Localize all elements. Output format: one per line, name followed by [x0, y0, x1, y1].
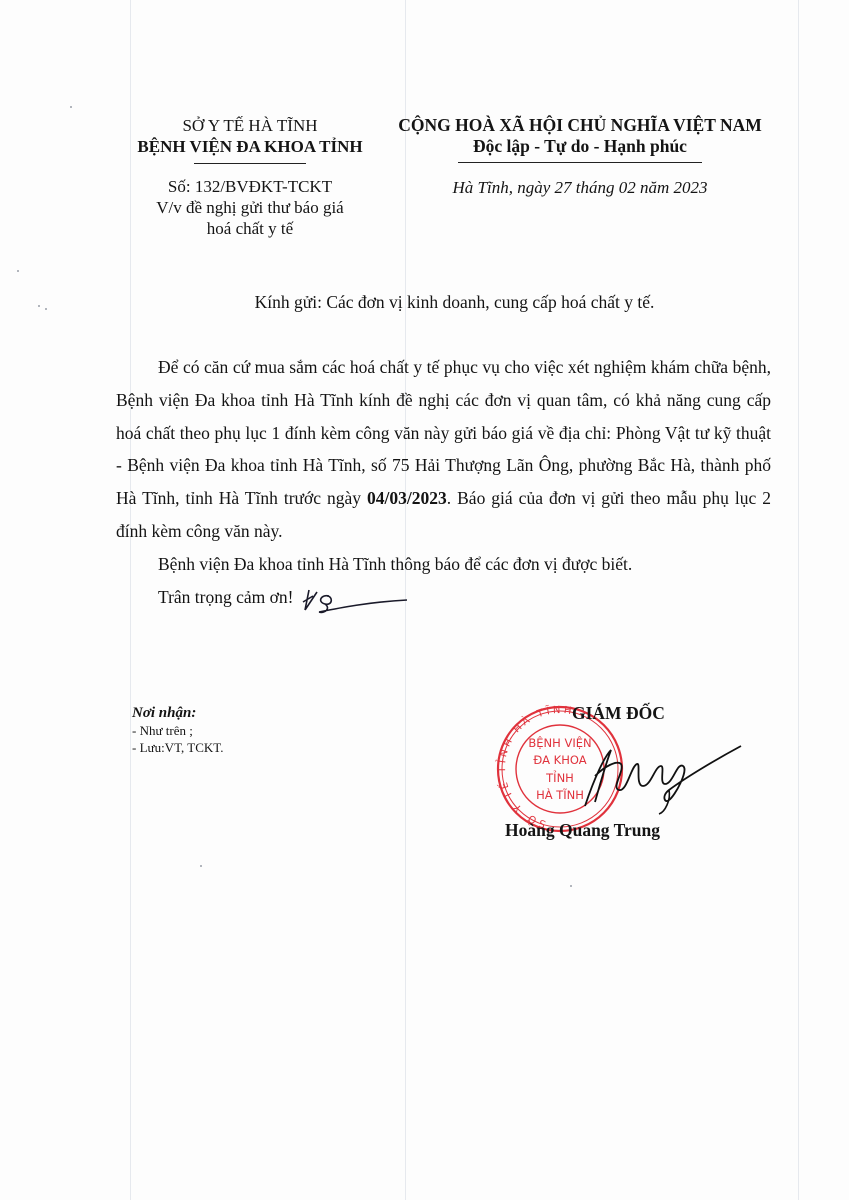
- signer-name: Hoàng Quang Trung: [505, 820, 660, 841]
- divider: [194, 163, 306, 164]
- signature-block: SỞ Y TẾ TỈNH HÀ TĨNH BỆNH VIỆN ĐA KHOA T…: [480, 703, 750, 853]
- place-date: Hà Tĩnh, ngày 27 tháng 02 năm 2023: [380, 177, 780, 198]
- handwritten-signature-icon: [565, 736, 745, 816]
- body-paragraph: Để có căn cứ mua sắm các hoá chất y tế p…: [116, 351, 771, 548]
- parent-agency: SỞ Y TẾ HÀ TĨNH: [100, 115, 400, 136]
- salutation: Kính gửi: Các đơn vị kinh doanh, cung cấ…: [0, 292, 849, 313]
- recipients-title: Nơi nhận:: [132, 704, 372, 722]
- national-motto: Độc lập - Tự do - Hạnh phúc: [380, 136, 780, 157]
- scan-line: [798, 0, 799, 1200]
- signer-title: GIÁM ĐỐC: [572, 703, 665, 724]
- recipients-block: Nơi nhận: - Như trên ; - Lưu:VT, TCKT.: [132, 704, 372, 756]
- subject-line: hoá chất y tế: [100, 218, 400, 239]
- issuing-agency-block: SỞ Y TẾ HÀ TĨNH BỆNH VIỆN ĐA KHOA TỈNH S…: [100, 115, 400, 239]
- divider: [458, 162, 702, 163]
- closing-line: Trân trọng cảm ơn!: [116, 581, 771, 614]
- paragraph-text: Để có căn cứ mua sắm các hoá chất y tế p…: [116, 357, 771, 508]
- scan-speck: [200, 865, 202, 867]
- initials-mark-icon: [299, 584, 411, 614]
- closing-text: Trân trọng cảm ơn!: [158, 587, 293, 607]
- document-number: Số: 132/BVĐKT-TCKT: [100, 176, 400, 197]
- letter-body: Để có căn cứ mua sắm các hoá chất y tế p…: [116, 351, 771, 614]
- national-title: CỘNG HOÀ XÃ HỘI CHỦ NGHĨA VIỆT NAM: [380, 115, 780, 136]
- scan-speck: [70, 106, 72, 108]
- body-paragraph: Bệnh viện Đa khoa tỉnh Hà Tĩnh thông báo…: [116, 548, 771, 581]
- recipient-item: - Như trên ;: [132, 722, 372, 739]
- scan-speck: [570, 885, 572, 887]
- agency-name: BỆNH VIỆN ĐA KHOA TỈNH: [100, 136, 400, 157]
- deadline-date: 04/03/2023: [367, 488, 447, 508]
- national-header-block: CỘNG HOÀ XÃ HỘI CHỦ NGHĨA VIỆT NAM Độc l…: [380, 115, 780, 198]
- recipient-item: - Lưu:VT, TCKT.: [132, 739, 372, 756]
- subject-line: V/v đề nghị gửi thư báo giá: [100, 197, 400, 218]
- scan-speck: [17, 270, 19, 272]
